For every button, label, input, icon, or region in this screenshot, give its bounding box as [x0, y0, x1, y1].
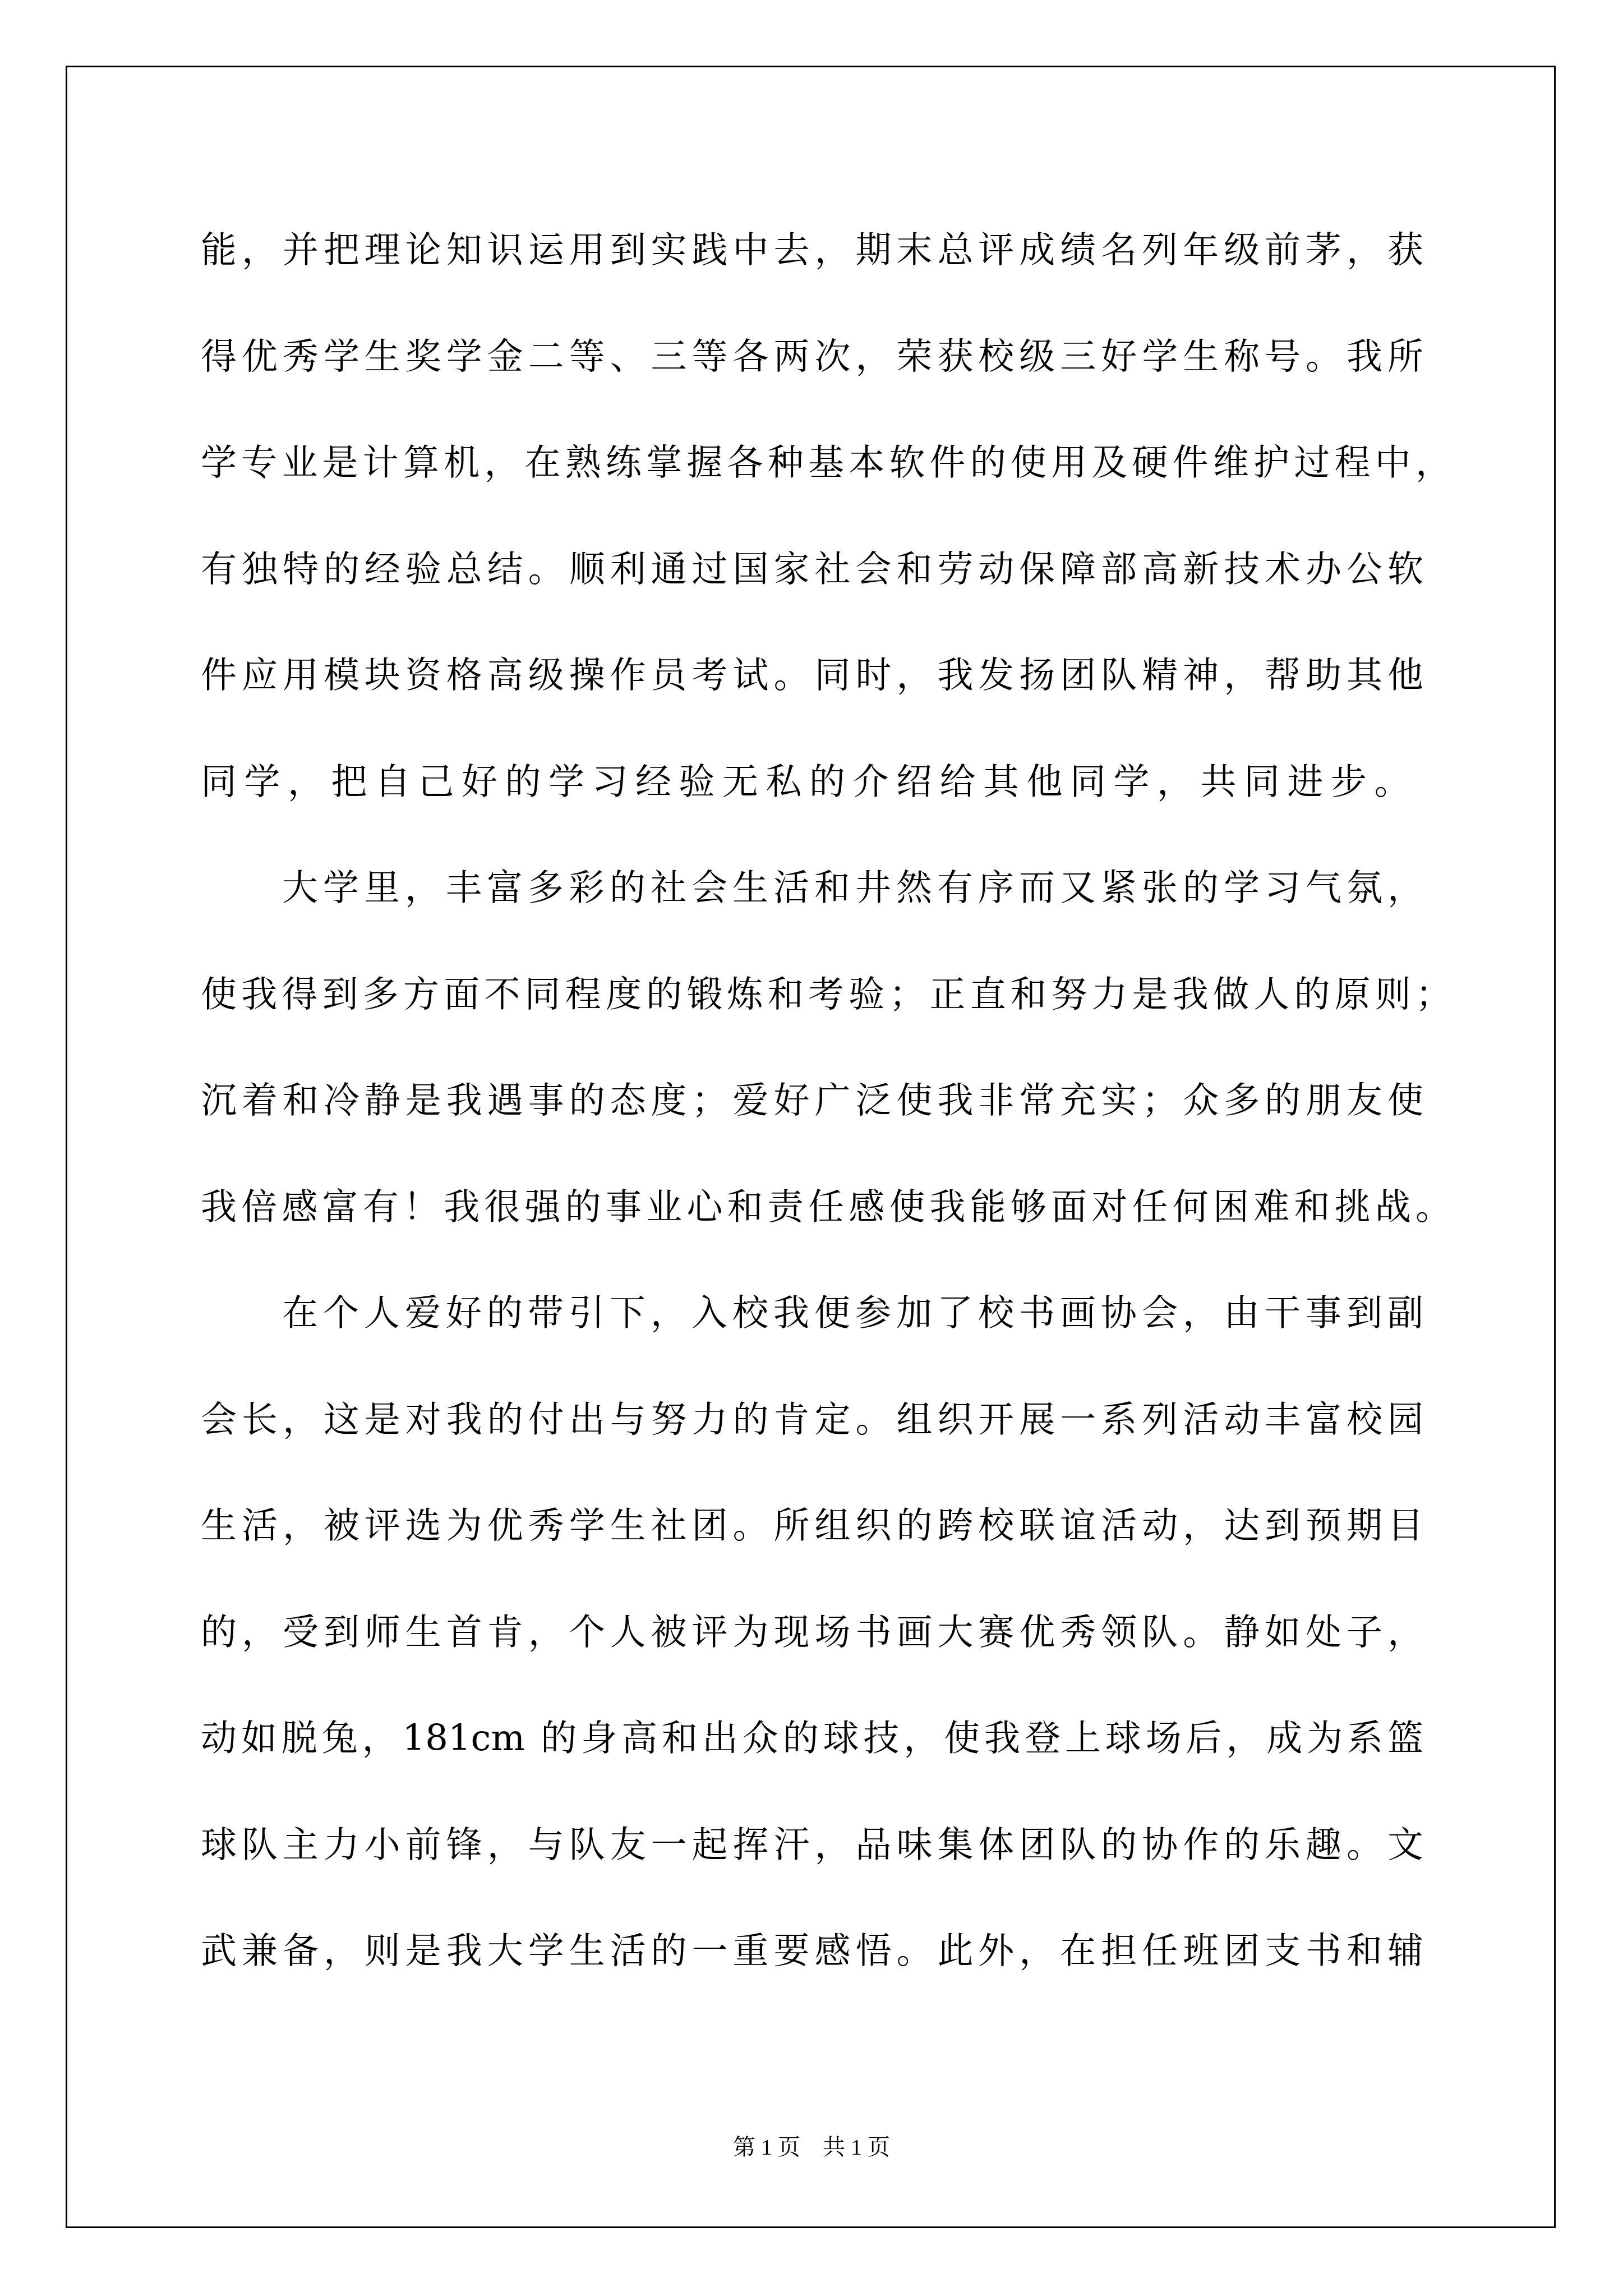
text-line: 有独特的经验总结。顺利通过国家社会和劳动保障部高新技术办公软 — [201, 547, 1423, 592]
text-line: 能，并把理论知识运用到实践中去，期末总评成绩名列年级前茅，获 — [201, 228, 1423, 273]
text-line: 件应用模块资格高级操作员考试。同时，我发扬团队精神，帮助其他 — [201, 653, 1423, 698]
text-line: 得优秀学生奖学金二等、三等各两次，荣获校级三好学生称号。我所 — [201, 334, 1423, 379]
page-number-footer: 第 1 页 共 1 页 — [0, 2131, 1623, 2164]
text-line: 在个人爱好的带引下，入校我便参加了校书画协会，由干事到副 — [282, 1291, 1423, 1336]
text-line: 武兼备，则是我大学生活的一重要感悟。此外，在担任班团支书和辅 — [201, 1929, 1423, 1973]
text-line: 的，受到师生首肯，个人被评为现场书画大赛优秀领队。静如处子， — [201, 1610, 1423, 1655]
page-border — [66, 66, 1556, 2228]
text-line: 沉着和冷静是我遇事的态度；爱好广泛使我非常充实；众多的朋友使 — [201, 1078, 1423, 1123]
text-line: 生活，被评选为优秀学生社团。所组织的跨校联谊活动，达到预期目 — [201, 1503, 1423, 1548]
text-line: 动如脱兔，181cm 的身高和出众的球技，使我登上球场后，成为系篮 — [201, 1716, 1423, 1761]
text-line: 学专业是计算机，在熟练掌握各种基本软件的使用及硬件维护过程中， — [201, 440, 1451, 485]
text-line: 大学里，丰富多彩的社会生活和井然有序而又紧张的学习气氛， — [282, 866, 1423, 910]
text-line: 使我得到多方面不同程度的锻炼和考验；正直和努力是我做人的原则； — [201, 972, 1451, 1017]
text-line: 同学，把自己好的学习经验无私的介绍给其他同学，共同进步。 — [201, 760, 1423, 804]
text-line: 我倍感富有！我很强的事业心和责任感使我能够面对任何困难和挑战。 — [201, 1185, 1451, 1230]
text-line: 球队主力小前锋，与队友一起挥汗，品味集体团队的协作的乐趣。文 — [201, 1823, 1423, 1867]
text-line: 会长，这是对我的付出与努力的肯定。组织开展一系列活动丰富校园 — [201, 1397, 1423, 1442]
